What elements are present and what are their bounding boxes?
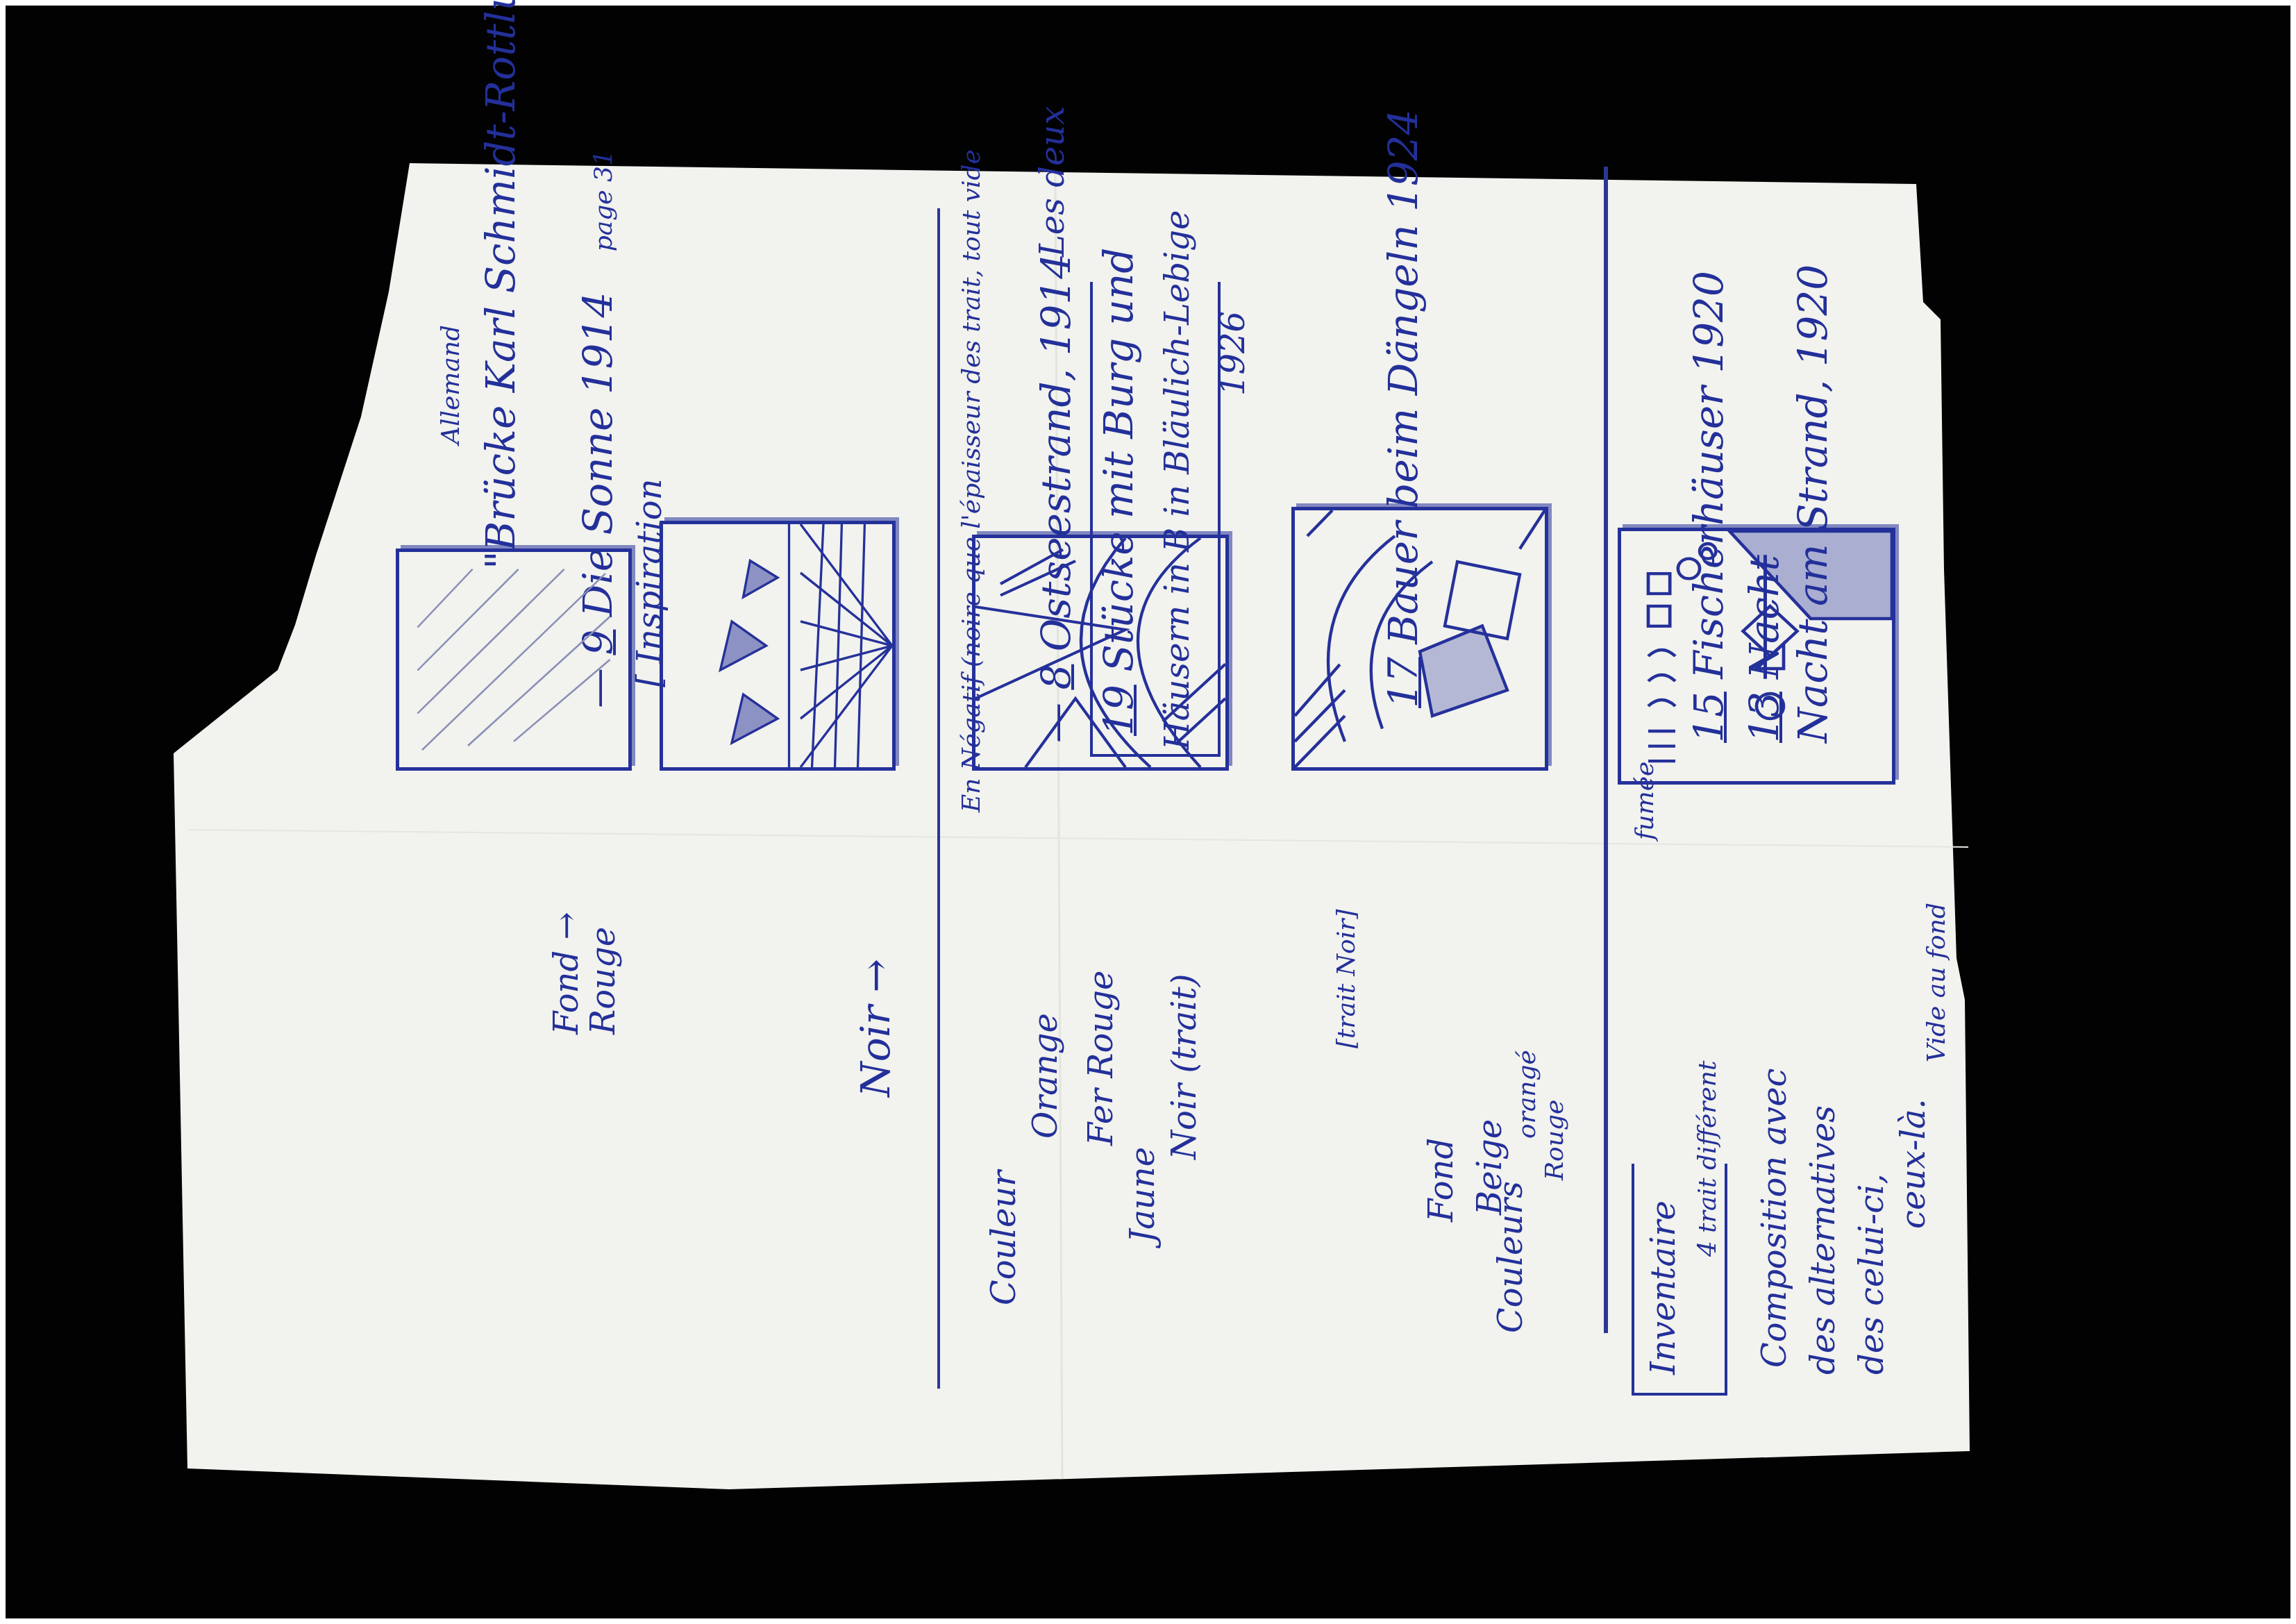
handwritten-page: Allemand "Brücke Karl Schmidt-Rottluff" … xyxy=(187,187,1944,1437)
color-fer-rouge: Fer Rouge xyxy=(1083,971,1120,1146)
empty-note: Vide au fond xyxy=(1923,903,1951,1062)
sketch-inventaire xyxy=(1618,528,1895,785)
row1-entry-page: page 31 xyxy=(589,150,618,251)
noir-note: Noir → xyxy=(854,959,898,1097)
composition-note: Composition avec xyxy=(1757,1069,1793,1368)
color-rouge-2: Rouge xyxy=(1541,1100,1569,1180)
sketch1-label: Fond → Rouge xyxy=(548,912,622,1035)
color-beige: Beige xyxy=(1472,1119,1509,1215)
movement-artist: "Brücke Karl Schmidt-Rottluff" xyxy=(479,0,523,569)
row2-entry-b-year: 1926 xyxy=(1215,311,1252,396)
color-noir-trait: Noir (trait) xyxy=(1166,974,1203,1160)
celui-note: des celui-ci, xyxy=(1854,1173,1891,1375)
color-jaune: Jaune xyxy=(1125,1147,1162,1243)
color-orange: Orange xyxy=(1028,1013,1064,1139)
divider-1 xyxy=(937,208,940,1389)
sketch-fond-rouge xyxy=(396,549,632,771)
ceux-note: ceux-là. xyxy=(1895,1098,1932,1229)
alternatives-note: des alternatives xyxy=(1805,1105,1842,1375)
sketch-ostseestrand xyxy=(972,535,1229,771)
traits-note: 4 trait différent xyxy=(1694,1061,1722,1257)
couleur-heading-1: Couleur xyxy=(986,1171,1023,1305)
color-orange-2: orangé xyxy=(1514,1050,1541,1139)
sketch-die-sonne xyxy=(660,521,896,771)
both-note: Les deux xyxy=(1034,106,1071,257)
inventory-note: Inventaire xyxy=(1645,1200,1682,1375)
language-note: Allemand xyxy=(437,325,465,444)
trait-noir-note: [trait Noir] xyxy=(1333,909,1361,1048)
divider-2 xyxy=(1604,167,1608,1333)
sketch-bauer xyxy=(1291,507,1548,771)
color-fond: Fond xyxy=(1423,1138,1460,1222)
